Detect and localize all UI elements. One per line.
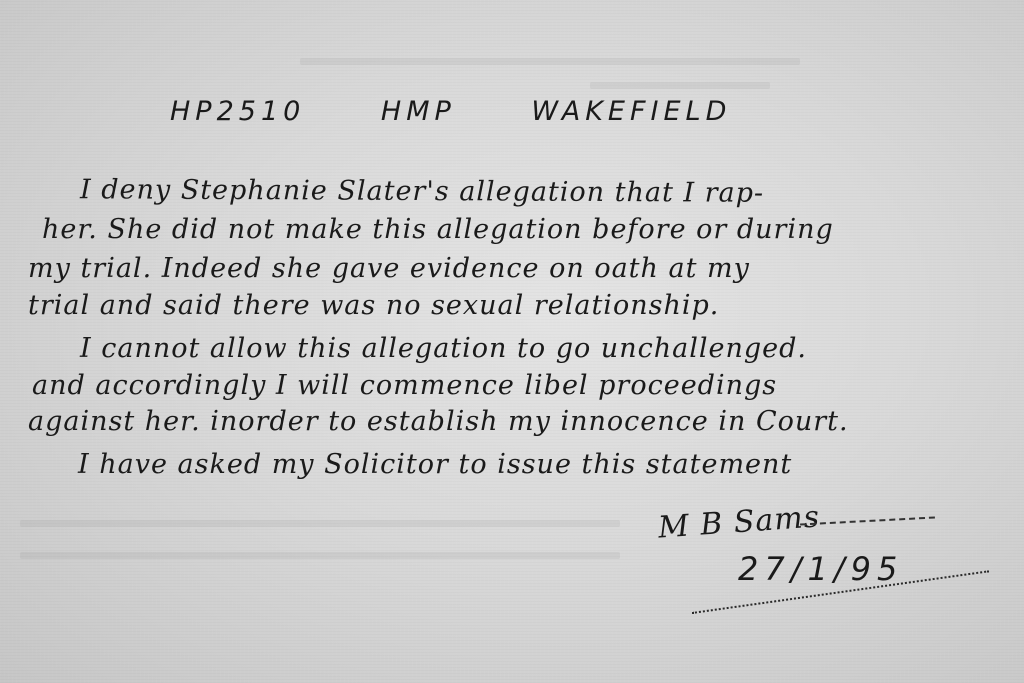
letter-header: HP2510 HMP WAKEFIELD: [170, 96, 793, 127]
show-through-text: [590, 82, 770, 89]
body-line: against her. inorder to establish my inn…: [28, 406, 849, 437]
prison-name: HMP: [381, 96, 456, 127]
body-line: her. She did not make this allegation be…: [42, 214, 834, 245]
show-through-text: [20, 520, 620, 527]
prison-location: WAKEFIELD: [531, 96, 731, 127]
signature: M B Sams: [657, 499, 821, 545]
letter-paper: HP2510 HMP WAKEFIELD I deny Stephanie Sl…: [0, 0, 1024, 683]
body-line: and accordingly I will commence libel pr…: [32, 370, 777, 401]
body-line: I deny Stephanie Slater's allegation tha…: [80, 174, 764, 209]
prisoner-number: HP2510: [170, 96, 305, 127]
body-line: my trial. Indeed she gave evidence on oa…: [28, 253, 750, 284]
signed-date: 27/1/95: [738, 550, 903, 588]
show-through-text: [20, 552, 620, 559]
body-line: I cannot allow this allegation to go unc…: [80, 333, 807, 364]
show-through-text: [300, 58, 800, 65]
body-line: I have asked my Solicitor to issue this …: [78, 449, 792, 480]
body-line: trial and said there was no sexual relat…: [28, 290, 719, 321]
